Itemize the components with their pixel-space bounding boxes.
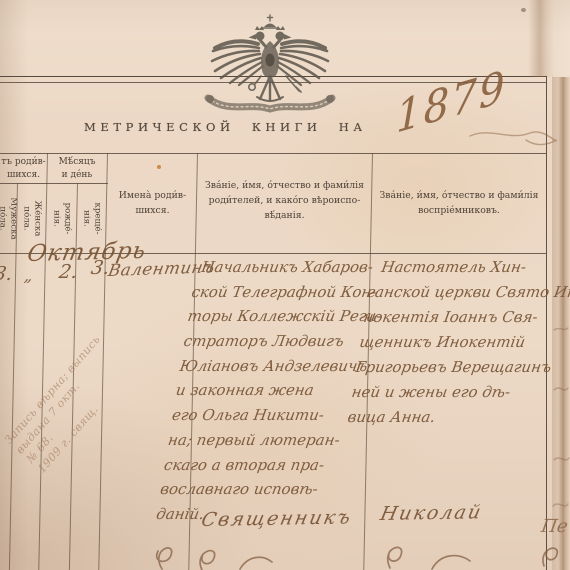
entry-count-male: 3.	[0, 263, 14, 285]
header-male-col: Му́жескапо́ла.	[0, 184, 17, 252]
stain-dot	[157, 165, 161, 169]
header-month-day: Мѣ́сяцъи де́нь	[47, 156, 107, 181]
archival-margin-note: Запись вѣрна; выписьвыдана 7 окт.№ 68.19…	[2, 272, 190, 476]
entry-godparents-text: Настоятель Хин-ганской церкви Свято Ин-н…	[345, 258, 570, 433]
page-edge-top	[528, 0, 570, 77]
imperial-eagle-icon	[202, 14, 338, 116]
edge-ink-marks	[552, 320, 570, 520]
officiant-signature-left: Священникъ	[199, 506, 354, 531]
officiant-signature-right: Николай	[378, 501, 484, 525]
bottom-flourishes	[140, 540, 570, 570]
entry-count-female-ditto: „	[23, 266, 34, 285]
year-flourish	[468, 122, 560, 154]
header-godparents: Зва́ніе, и́мя, о́тчество и фами́ліявоспр…	[373, 188, 545, 218]
header-parents: Зва́ніе, и́мя, о́тчество и фами́ліяроди́…	[199, 178, 370, 223]
metrical-book-scan: МЕТРИЧЕСКОЙ КНИГИ НА 1879 тъ роди́в-шихс…	[0, 0, 570, 570]
ink-speck	[521, 8, 526, 12]
header-births-count: тъ роди́в-шихся.	[0, 156, 47, 181]
book-title: МЕТРИЧЕСКОЙ КНИГИ НА	[84, 120, 367, 134]
header-names: Имена̀ роди́в-шихся.	[108, 188, 197, 218]
entry-birth-day: 2.	[58, 261, 80, 283]
